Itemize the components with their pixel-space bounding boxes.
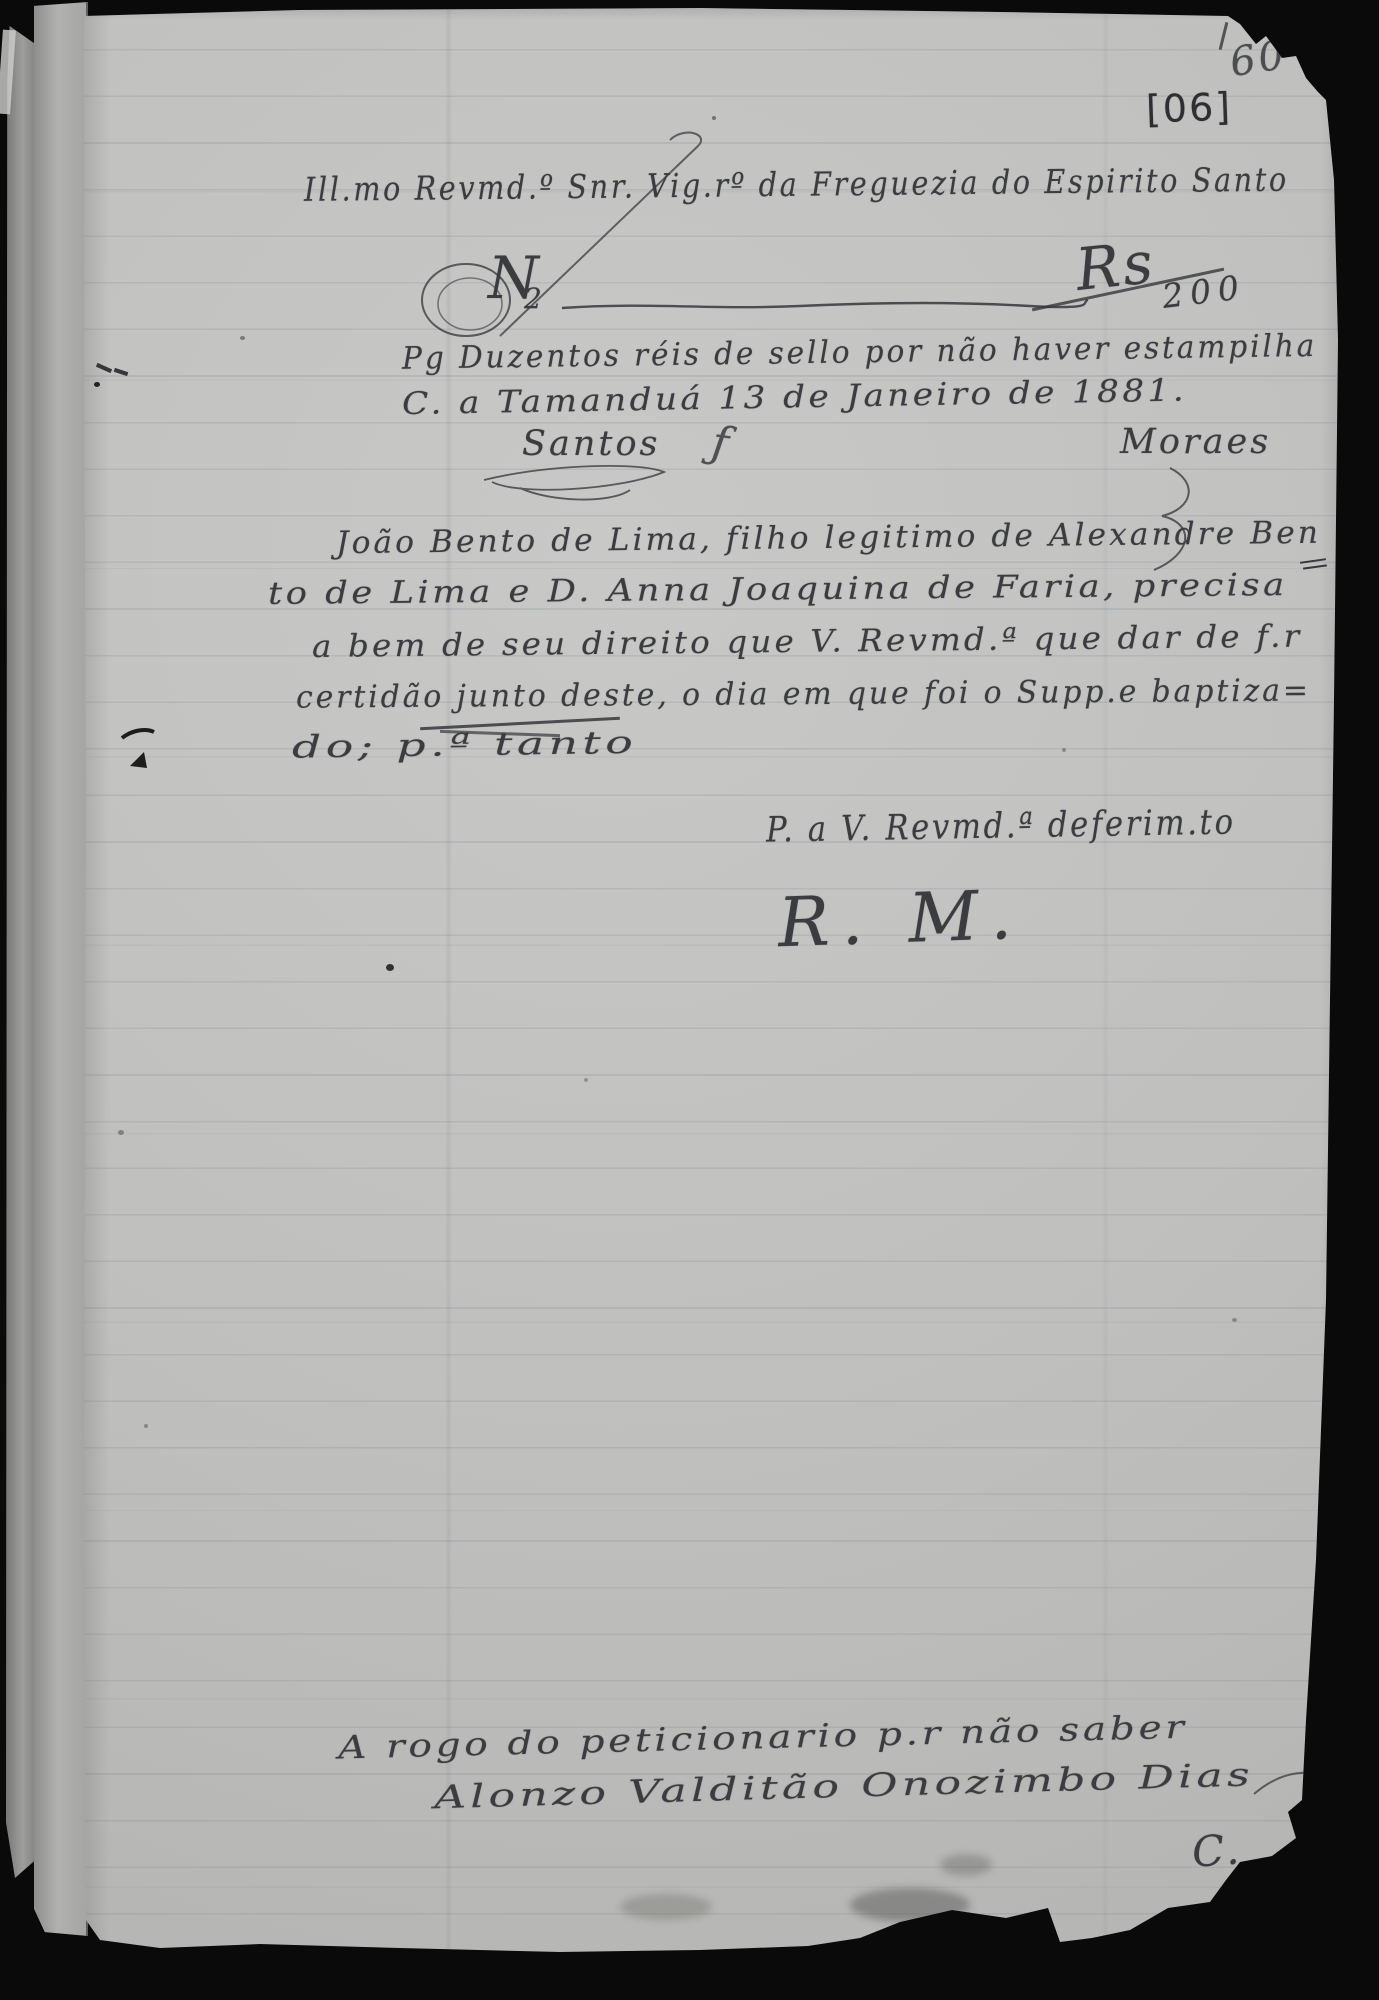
ink-speck: [1232, 1318, 1237, 1322]
hyphen-dash: [1300, 558, 1326, 564]
ink-speck: [1062, 748, 1066, 752]
margin-mark-lower: [120, 726, 160, 774]
witness-note: A rogo do peticionario p.r não saber: [338, 1712, 1034, 1767]
body-line-4: certidão junto deste, o dia em que foi o…: [296, 672, 1350, 715]
ink-speck: [118, 1130, 124, 1135]
ink-speck: [144, 1424, 148, 1428]
underlying-page-edge-outer: [6, 26, 36, 1878]
signature-moraes: Moraes: [1120, 422, 1271, 462]
ink-speck: [712, 116, 716, 120]
santos-flourish: [480, 462, 680, 512]
ink-speck: [584, 1078, 588, 1082]
document-page: 60 [06] Ill.mo Revmd.º Snr. Vig.rº da Fr…: [84, 4, 1342, 1956]
rubric-mark: ƒ: [709, 417, 735, 470]
witness-signature: Alonzo Valditão Onozimbo Dias: [434, 1762, 1028, 1817]
dateline: C. a Tamanduá 13 de Janeiro de 1881.: [402, 374, 1111, 422]
closing-request: P. a V. Revmd.ª deferim.to: [766, 801, 1302, 850]
salutation-line: Ill.mo Revmd.º Snr. Vig.rº da Freguezia …: [304, 158, 1379, 209]
archive-number: [06]: [1145, 85, 1232, 132]
body-line-3: a bem de seu direito que V. Revmd.ª que …: [312, 619, 1256, 665]
signature-tail-flourish: [1252, 1760, 1332, 1810]
paper-stain: [940, 1854, 992, 1876]
ink-speck: [240, 336, 245, 340]
ruled-dash-line: [560, 296, 1090, 316]
fee-amount: 200: [1160, 267, 1248, 316]
hyphen-dash: [1303, 564, 1327, 569]
petitioner-initials: R. M.: [777, 876, 1025, 964]
paper-stain: [620, 1894, 712, 1920]
petition-number-value: 2: [524, 282, 545, 315]
paper-stain: [850, 1888, 970, 1922]
page-number: 60: [1227, 32, 1290, 86]
bottom-right-mark: C.: [1190, 1824, 1243, 1876]
signature-santos: Santos: [522, 424, 660, 464]
scanned-document: 60 [06] Ill.mo Revmd.º Snr. Vig.rº da Fr…: [0, 0, 1379, 2000]
body-line-2: to de Lima e D. Anna Joaquina de Faria, …: [268, 568, 1160, 612]
underlying-page-edge-inner: [34, 2, 88, 1936]
ink-dot: [386, 964, 394, 971]
